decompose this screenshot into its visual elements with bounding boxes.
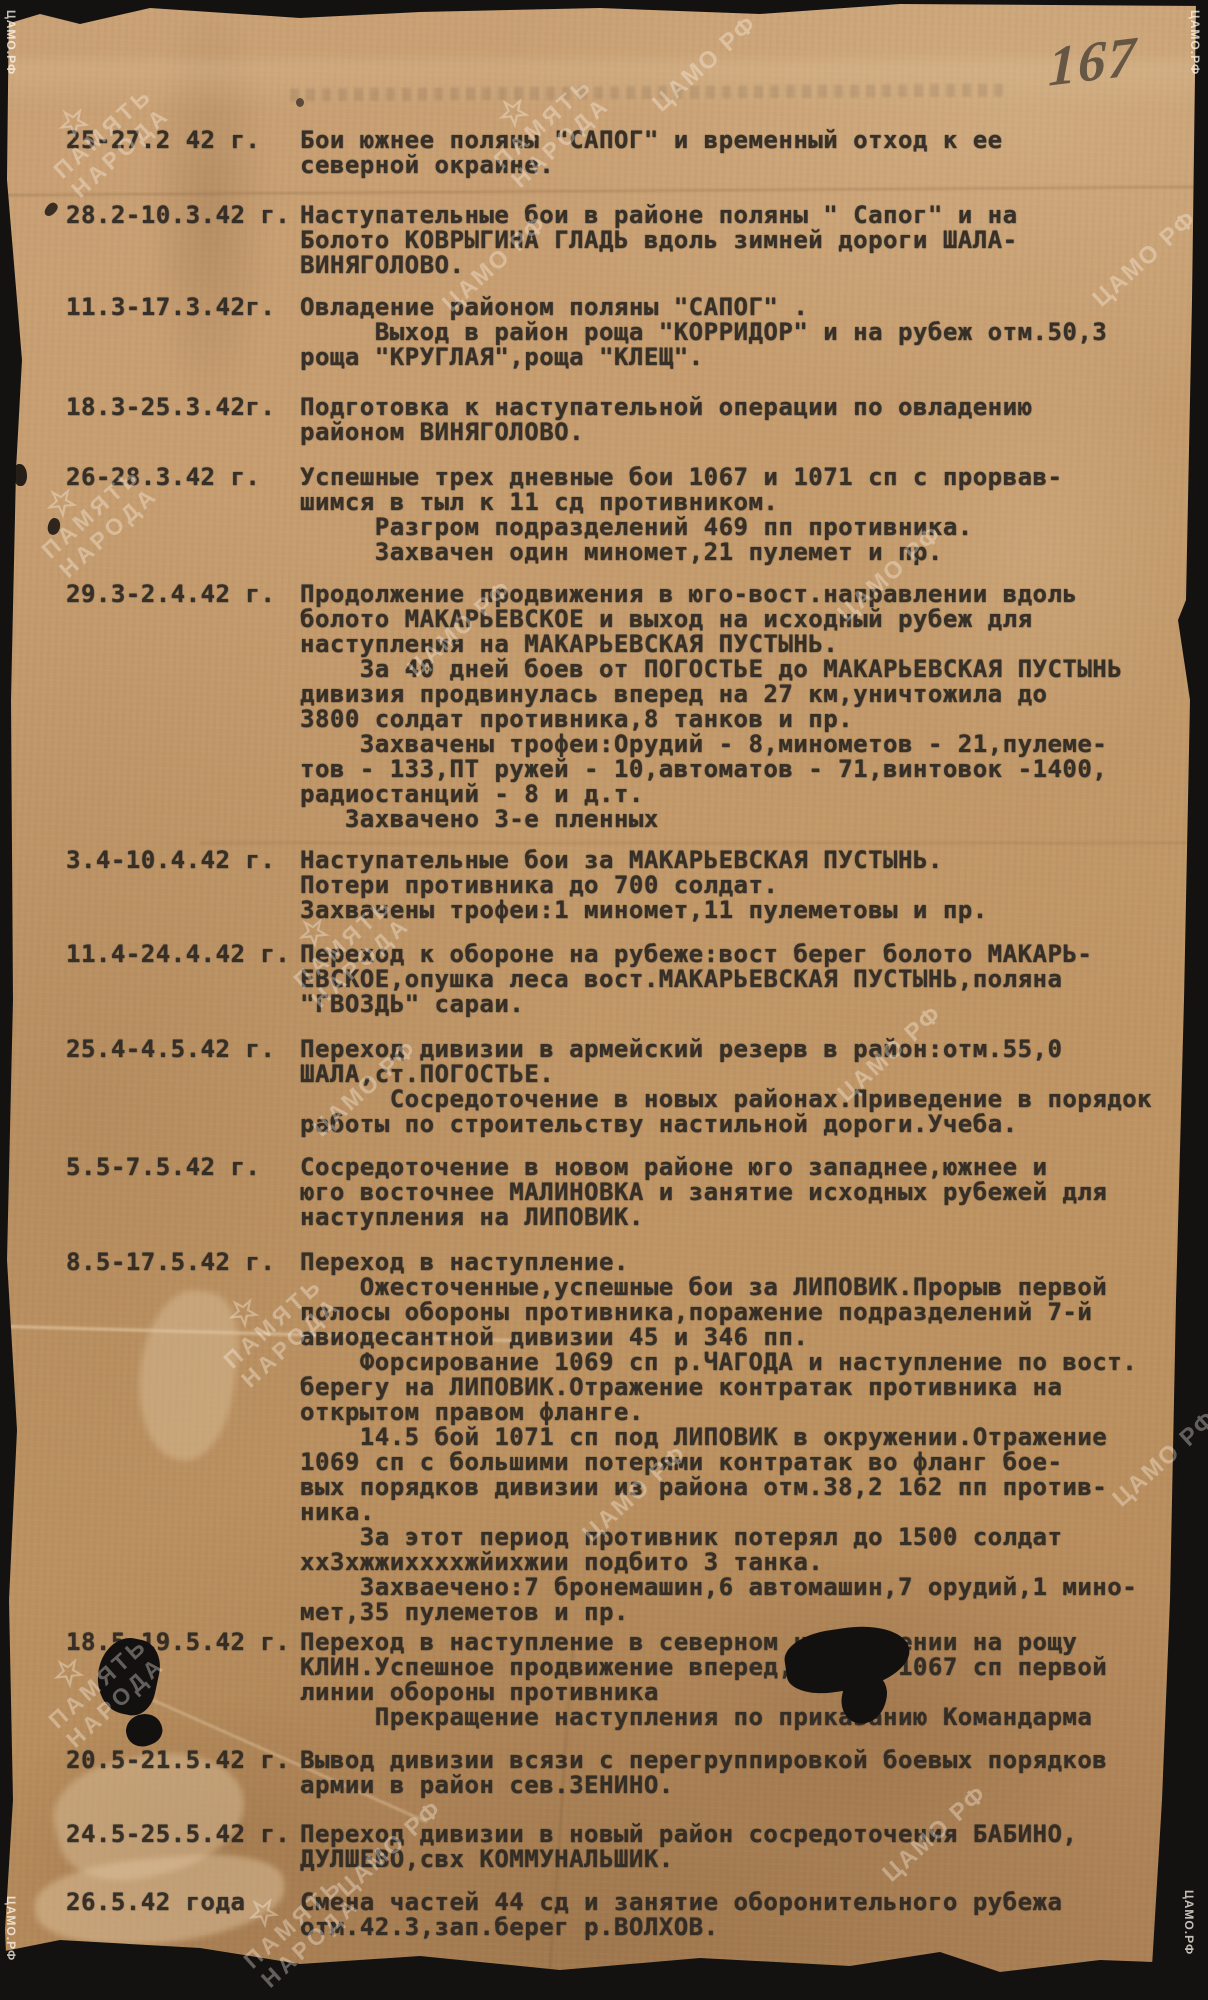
entry-text: Переход дивизии в армейский резерв в рай… — [300, 1037, 1180, 1137]
entry-text-line: линии обороны противника — [300, 1680, 1180, 1705]
entry-text-line: работы по строительству настильной дорог… — [300, 1112, 1180, 1137]
entry-date: 11.3-17.3.42г. — [66, 295, 275, 320]
entry-date: 20.5-21.5.42 г. — [66, 1748, 290, 1773]
entry-text: Бои южнее поляны "САПОГ" и временный отх… — [300, 128, 1180, 178]
entry-text-line: Прекращение наступления по приказанию Ко… — [300, 1705, 1180, 1730]
entry-text-line: 1069 сп с большими потерями контратак во… — [300, 1450, 1180, 1475]
entry-date: 8.5-17.5.42 г. — [66, 1250, 275, 1275]
entry-date: 28.2-10.3.42 г. — [66, 203, 290, 228]
entry-date: 25-27.2 42 г. — [66, 128, 260, 153]
entry-text-line: Разгром подразделений 469 пп противника. — [300, 515, 1180, 540]
entry-text-line: За 40 дней боев от ПОГОСТЬЕ до МАКАРЬЕВС… — [300, 657, 1180, 682]
entry-text: Продолжение продвижения в юго-вост.напра… — [300, 582, 1180, 832]
entry-text-line: ника. — [300, 1500, 1180, 1525]
entry-text-line: наступления на МАКАРЬЕВСКАЯ ПУСТЫНЬ. — [300, 632, 1180, 657]
entry-text-line: дивизия продвинулась вперед на 27 км,уни… — [300, 682, 1180, 707]
entry-text-line: Переход в наступление в северном направл… — [300, 1630, 1180, 1655]
entry-text: Овладение районом поляны "САПОГ" . Выход… — [300, 295, 1180, 370]
entry-text-line: Переход к обороне на рубеже:вост берег б… — [300, 942, 1180, 967]
entry-text-line: ВИНЯГОЛОВО. — [300, 253, 1180, 278]
entry-text-line: За этот период противник потерял до 1500… — [300, 1525, 1180, 1550]
entry-text-line: Ожесточенные,успешные бои за ЛИПОВИК.Про… — [300, 1275, 1180, 1300]
entry-date: 25.4-4.5.42 г. — [66, 1037, 275, 1062]
entry-date: 18.3-25.3.42г. — [66, 395, 275, 420]
entry-text-line: Овладение районом поляны "САПОГ" . — [300, 295, 1180, 320]
entry-text: Сосредоточение в новом районе юго западн… — [300, 1155, 1180, 1230]
entry-text-line: Переход дивизии в новый район сосредоточ… — [300, 1822, 1180, 1847]
entry-text-line: болото МАКАРЬЕВСКОЕ и выход на исходный … — [300, 607, 1180, 632]
entry-text-line: 14.5 бой 1071 сп под ЛИПОВИК в окружении… — [300, 1425, 1180, 1450]
entry-date: 26.5.42 года — [66, 1890, 245, 1915]
entry-text-line: Подготовка к наступательной операции по … — [300, 395, 1180, 420]
entry-text-line: берегу на ЛИПОВИК.Отражение контратак пр… — [300, 1375, 1180, 1400]
entry-text-line: армии в район сев.ЗЕНИНО. — [300, 1773, 1180, 1798]
entry-text-line: Переход в наступление. — [300, 1250, 1180, 1275]
entry-date: 26-28.3.42 г. — [66, 465, 260, 490]
entry-text-line: Сосредоточение в новом районе юго западн… — [300, 1155, 1180, 1180]
entry-text-line: Вывод дивизии всязи с перегруппировкой б… — [300, 1748, 1180, 1773]
entry-date: 29.3-2.4.42 г. — [66, 582, 275, 607]
entry-text-line: роща "КРУГЛАЯ",роща "КЛЕЩ". — [300, 345, 1180, 370]
entry-text-line: ШАЛА,ст.ПОГОСТЬЕ. — [300, 1062, 1180, 1087]
entry-date: 3.4-10.4.42 г. — [66, 848, 275, 873]
entry-text-line: Выход в район роща "КОРРИДОР" и на рубеж… — [300, 320, 1180, 345]
entry-text-line: Переход дивизии в армейский резерв в рай… — [300, 1037, 1180, 1062]
entry-text: Успешные трех дневные бои 1067 и 1071 сп… — [300, 465, 1180, 565]
entry-date: 5.5-7.5.42 г. — [66, 1155, 260, 1180]
entry-text-line: Смена частей 44 сд и занятие оборонитель… — [300, 1890, 1180, 1915]
entry-text-line: Болото КОВРЫГИНА ГЛАДЬ вдоль зимней доро… — [300, 228, 1180, 253]
entry-text-line: полосы обороны противника,поражение подр… — [300, 1300, 1180, 1325]
entry-text-line: Захвачены трофеи:Орудий - 8,минометов - … — [300, 732, 1180, 757]
entry-text: Наступательные бои в районе поляны " Сап… — [300, 203, 1180, 278]
entry-text-line: Сосредоточение в новых районах.Приведени… — [300, 1087, 1180, 1112]
entry-text-line: северной окраине. — [300, 153, 1180, 178]
entry-text-line: Захваечено:7 бронемашин,6 автомашин,7 ор… — [300, 1575, 1180, 1600]
page-number-pencil: 167 — [1048, 24, 1138, 100]
entry-text: Подготовка к наступательной операции по … — [300, 395, 1180, 445]
entry-text-line: Продолжение продвижения в юго-вост.напра… — [300, 582, 1180, 607]
entry-text-line: Форсирование 1069 сп р.ЧАГОДА и наступле… — [300, 1350, 1180, 1375]
entry-text-line: юго восточнее МАЛИНОВКА и занятие исходн… — [300, 1180, 1180, 1205]
entry-text-line: Потери противника до 700 солдат. — [300, 873, 1180, 898]
entry-text-line: Наступательные бои в районе поляны " Сап… — [300, 203, 1180, 228]
entry-text: Переход к обороне на рубеже:вост берег б… — [300, 942, 1180, 1017]
entry-text-line: Бои южнее поляны "САПОГ" и временный отх… — [300, 128, 1180, 153]
entries: 25-27.2 42 г.Бои южнее поляны "САПОГ" и … — [0, 0, 1208, 2000]
entry-text-line: Успешные трех дневные бои 1067 и 1071 сп… — [300, 465, 1180, 490]
entry-text: Переход в наступление. Ожесточенные,успе… — [300, 1250, 1180, 1625]
entry-text-line: открытом правом фланге. — [300, 1400, 1180, 1425]
entry-text-line: мет,35 пулеметов и пр. — [300, 1600, 1180, 1625]
entry-text: Переход дивизии в новый район сосредоточ… — [300, 1822, 1180, 1872]
entry-text: Смена частей 44 сд и занятие оборонитель… — [300, 1890, 1180, 1940]
entry-date: 11.4-24.4.42 г. — [66, 942, 290, 967]
entry-text: Наступательные бои за МАКАРЬЕВСКАЯ ПУСТЫ… — [300, 848, 1180, 923]
entry-text: Вывод дивизии всязи с перегруппировкой б… — [300, 1748, 1180, 1798]
entry-text-line: авиодесантной дивизии 45 и 346 пп. — [300, 1325, 1180, 1350]
entry-text-line: шимся в тыл к 11 сд противником. — [300, 490, 1180, 515]
entry-date: 24.5-25.5.42 г. — [66, 1822, 290, 1847]
entry-text-line: вых порядков дивизии из района отм.38,2 … — [300, 1475, 1180, 1500]
entry-text-line: ДУЛШЕВО,свх КОММУНАЛЬШИК. — [300, 1847, 1180, 1872]
entry-text-line: ххЗхжжиххххжйихжии подбито 3 танка. — [300, 1550, 1180, 1575]
entry-text-line: наступления на ЛИПОВИК. — [300, 1205, 1180, 1230]
entry-text-line: районом ВИНЯГОЛОВО. — [300, 420, 1180, 445]
entry-text-line: ЕВСКОЕ,опушка леса вост.МАКАРЬЕВСКАЯ ПУС… — [300, 967, 1180, 992]
entry-text-line: Захвачено 3-е пленных — [300, 807, 1180, 832]
entry-text-line: Захвачен один миномет,21 пулемет и пр. — [300, 540, 1180, 565]
entry-text-line: "ГВОЗДЬ" сараи. — [300, 992, 1180, 1017]
entry-text-line: отм.42.3,зап.берег р.ВОЛХОВ. — [300, 1915, 1180, 1940]
entry-text-line: 3800 солдат противника,8 танков и пр. — [300, 707, 1180, 732]
entry-text-line: Наступательные бои за МАКАРЬЕВСКАЯ ПУСТЫ… — [300, 848, 1180, 873]
entry-date: 18.5-19.5.42 г. — [66, 1630, 290, 1655]
entry-text-line: радиостанций - 8 и д.т. — [300, 782, 1180, 807]
entry-text: Переход в наступление в северном направл… — [300, 1630, 1180, 1730]
scanned-document-page: 25-27.2 42 г.Бои южнее поляны "САПОГ" и … — [0, 0, 1208, 2000]
entry-text-line: тов - 133,ПТ ружей - 10,автоматов - 71,в… — [300, 757, 1180, 782]
entry-text-line: Захвачены трофеи:1 миномет,11 пулеметовы… — [300, 898, 1180, 923]
entry-text-line: КЛИН.Успешное продвижение вперед,прорыв … — [300, 1655, 1180, 1680]
